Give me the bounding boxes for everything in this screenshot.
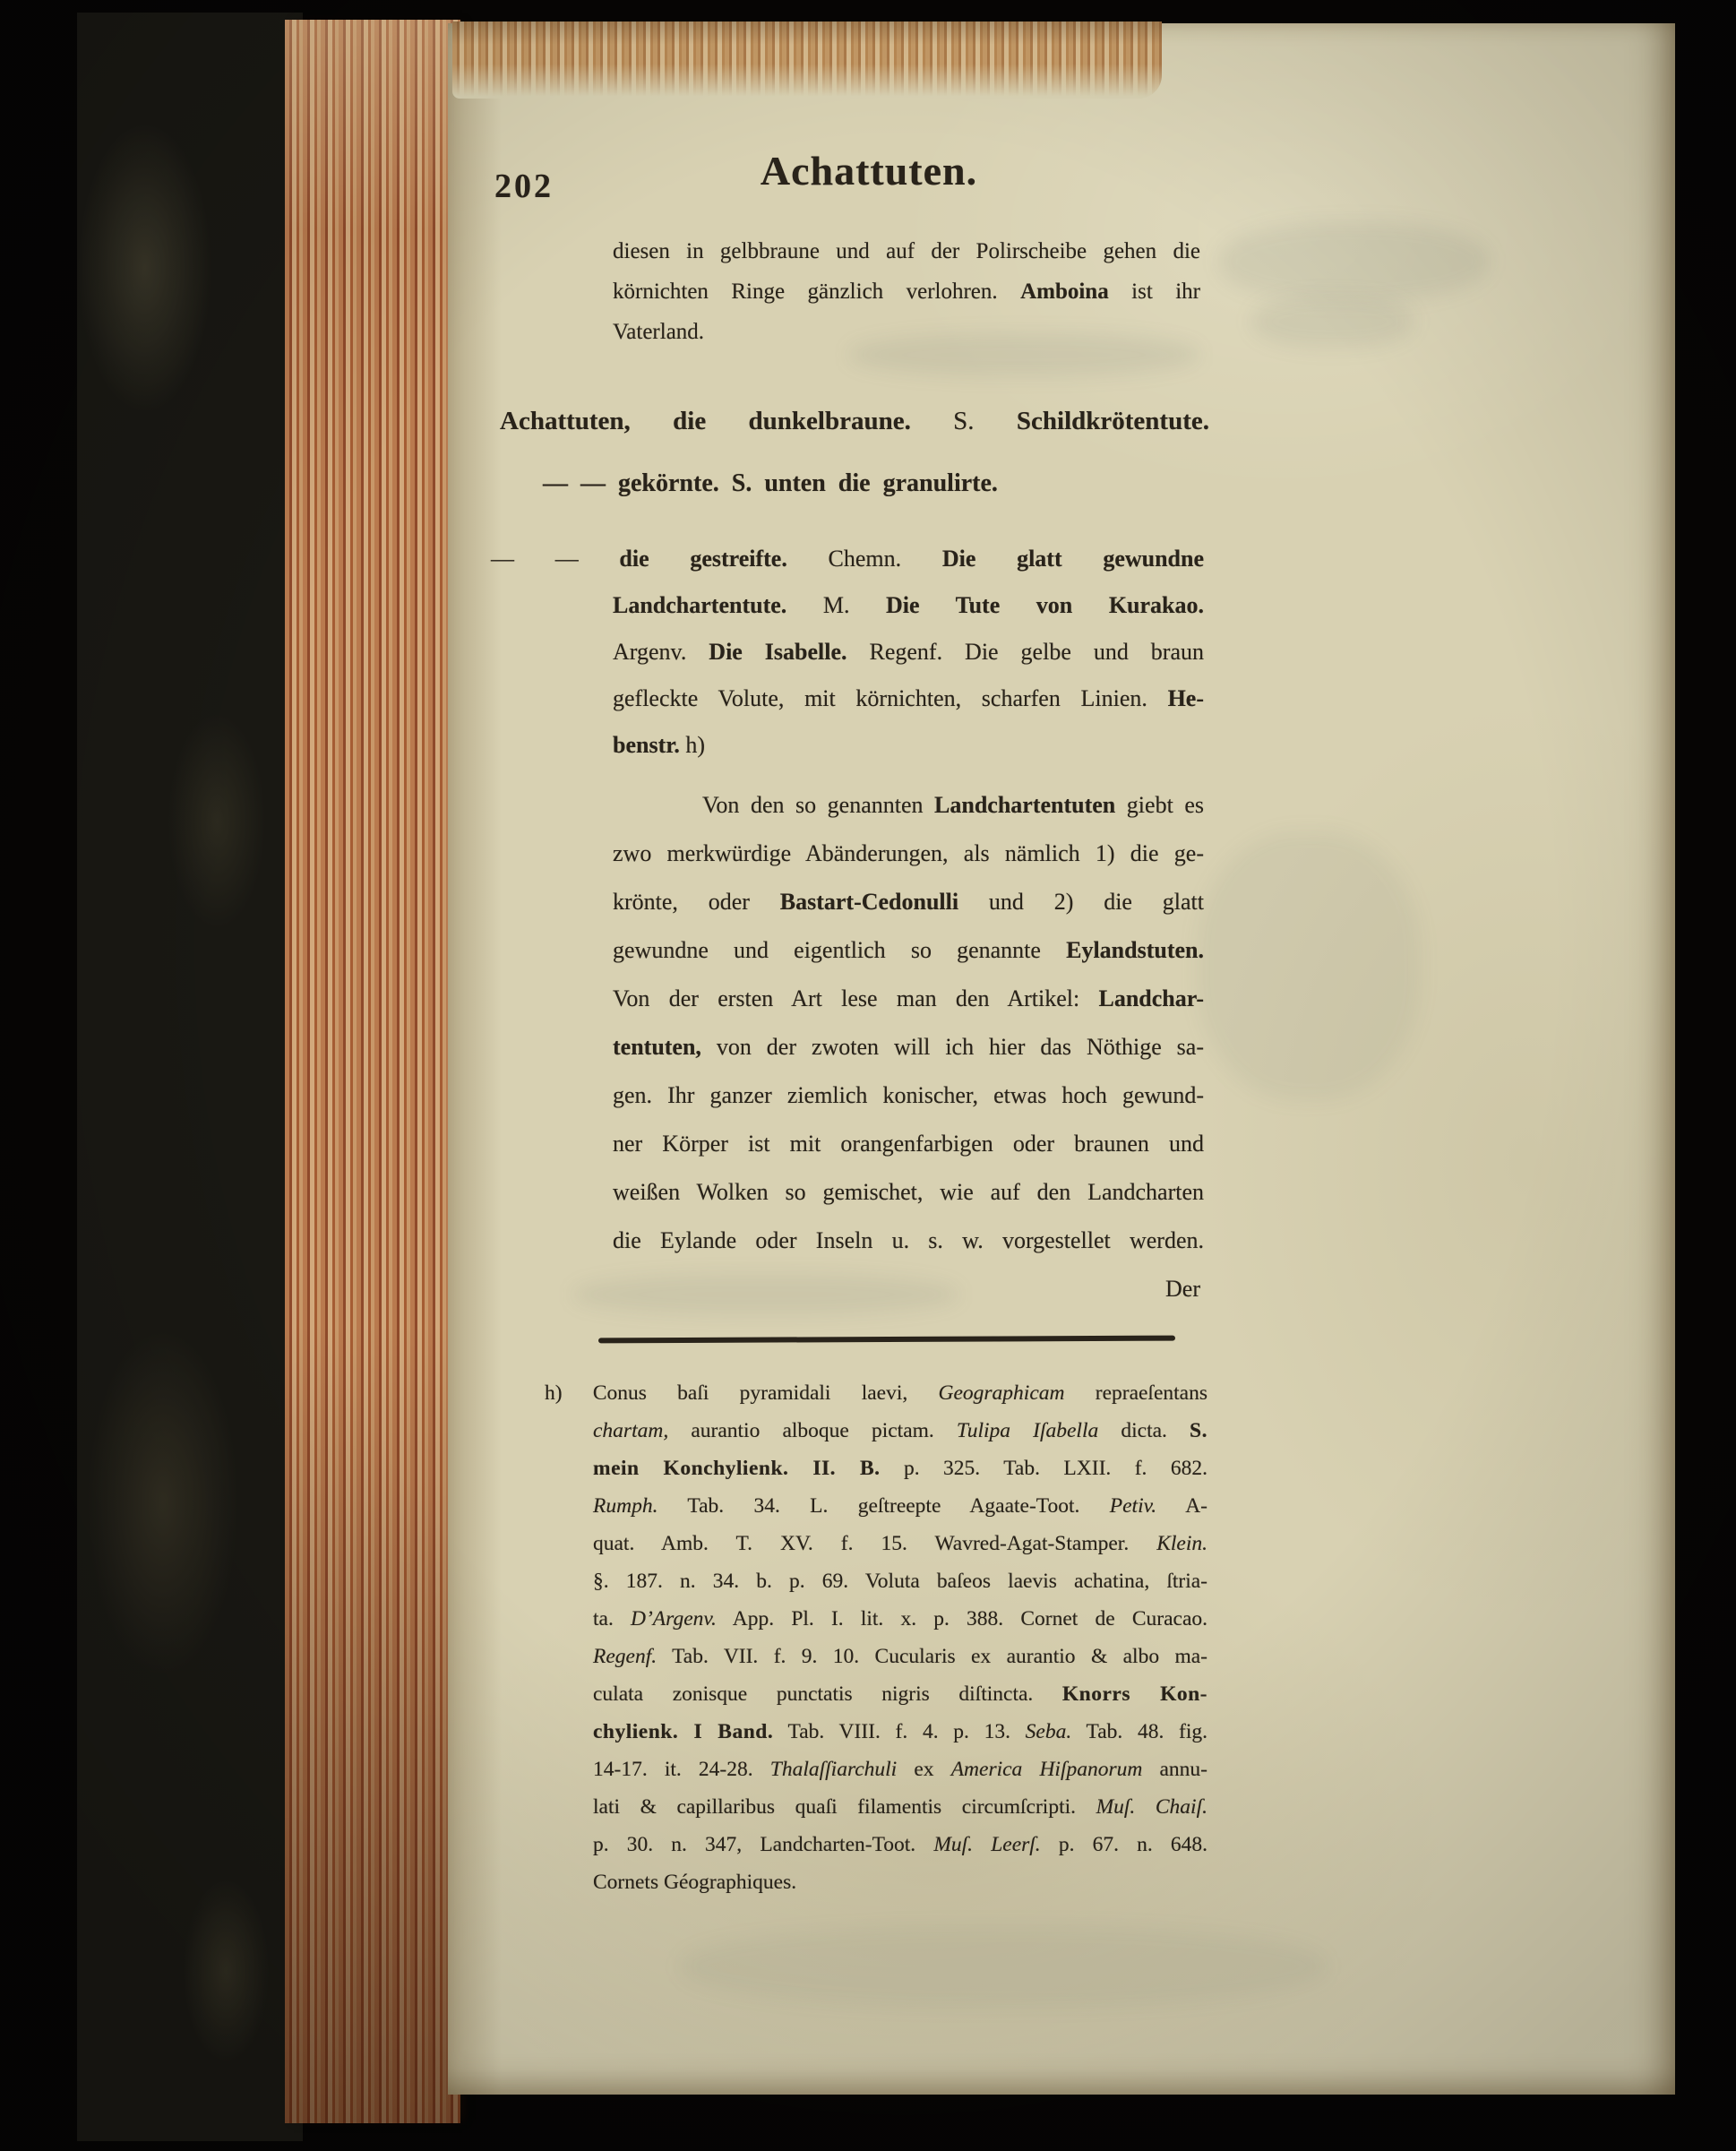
text-line: chartam, aurantio alboque pictam. Tulipa… <box>593 1412 1207 1450</box>
entry-gestreifte: — — die gestreifte. Chemn. Die glatt gew… <box>613 536 1204 769</box>
text-line: benstr. h) <box>613 722 1204 769</box>
text-line: ta. D’Argenv. App. Pl. I. lit. x. p. 388… <box>593 1600 1207 1638</box>
book-cover-edge <box>77 13 303 2141</box>
text-line: gewundne und eigentlich so genannte Eyla… <box>613 926 1204 975</box>
text-line: §. 187. n. 34. b. p. 69. Voluta baſeos l… <box>593 1562 1207 1600</box>
text-line: gen. Ihr ganzer ziemlich konischer, etwa… <box>613 1071 1204 1120</box>
text-line: körnichten Ringe gänzlich verlohren. Amb… <box>613 271 1200 312</box>
paragraph-intro: diesen in gelbbraune und auf der Polirsc… <box>613 231 1200 352</box>
text-line: h) Conus baſi pyramidali laevi, Geograph… <box>593 1374 1207 1412</box>
text-line: quat. Amb. T. XV. f. 15. Wavred-Agat-Sta… <box>593 1525 1207 1562</box>
text-line: Von der ersten Art lese man den Artikel:… <box>613 975 1204 1023</box>
catchword: Der <box>1057 1276 1200 1303</box>
entry-gekoernte: — — gekörnte. S. unten die granulirte. <box>543 469 1206 498</box>
text-line: gefleckte Volute, mit körnichten, scharf… <box>613 675 1204 722</box>
text-line: 14-17. it. 24-28. Thalaſſiarchuli ex Ame… <box>593 1751 1207 1788</box>
text-line: weißen Wolken so gemischet, wie auf den … <box>613 1168 1204 1217</box>
text-line: — — die gestreifte. Chemn. Die glatt gew… <box>613 536 1204 582</box>
text-line: Achattuten, die dunkelbraune. S. Schildk… <box>500 400 1209 443</box>
entry-dunkelbraune: Achattuten, die dunkelbraune. S. Schildk… <box>500 400 1209 443</box>
text-line: tentuten, von der zwoten will ich hier d… <box>613 1023 1204 1071</box>
text-line: Vaterland. <box>613 312 1200 352</box>
text-line: Von den so genannten Landchartentuten gi… <box>613 781 1204 830</box>
text-line: chylienk. I Band. Tab. VIII. f. 4. p. 13… <box>593 1713 1207 1751</box>
running-header: Achattuten. <box>618 147 1120 194</box>
text-line: Argenv. Die Isabelle. Regenf. Die gelbe … <box>613 629 1204 675</box>
text-line: — — gekörnte. S. unten die granulirte. <box>543 469 1206 498</box>
paragraph-landchartentuten: Von den so genannten Landchartentuten gi… <box>613 781 1204 1265</box>
text-line: krönte, oder Bastart-Cedonulli und 2) di… <box>613 878 1204 926</box>
page-fore-edge-stripes <box>285 20 460 2123</box>
text-line: ner Körper ist mit orangenfarbigen oder … <box>613 1120 1204 1168</box>
text-line: diesen in gelbbraune und auf der Polirsc… <box>613 231 1200 271</box>
page-number: 202 <box>494 167 554 206</box>
top-page-edges <box>452 22 1162 99</box>
text-line: Cornets Géographiques. <box>593 1863 1207 1901</box>
text-line: culata zonisque punctatis nigris diſtinc… <box>593 1675 1207 1713</box>
text-line: p. 30. n. 347, Landcharten-Toot. Muſ. Le… <box>593 1826 1207 1863</box>
text-line: Landchartentute. M. Die Tute von Kurakao… <box>613 582 1204 629</box>
photographed-book-page: 202 Achattuten. diesen in gelbbraune und… <box>0 0 1736 2151</box>
text-line: Rumph. Tab. 34. L. geſtreepte Agaate-Too… <box>593 1487 1207 1525</box>
footnote: h) Conus baſi pyramidali laevi, Geograph… <box>545 1374 1207 1901</box>
text-line: mein Konchylienk. II. B. p. 325. Tab. LX… <box>593 1450 1207 1487</box>
text-line: die Eylande oder Inseln u. s. w. vorgest… <box>613 1217 1204 1265</box>
text-line: lati & capillaribus quaſi filamentis cir… <box>593 1788 1207 1826</box>
text-line: zwo merkwürdige Abänderungen, als nämlic… <box>613 830 1204 878</box>
text-line: Regenf. Tab. VII. f. 9. 10. Cucularis ex… <box>593 1638 1207 1675</box>
